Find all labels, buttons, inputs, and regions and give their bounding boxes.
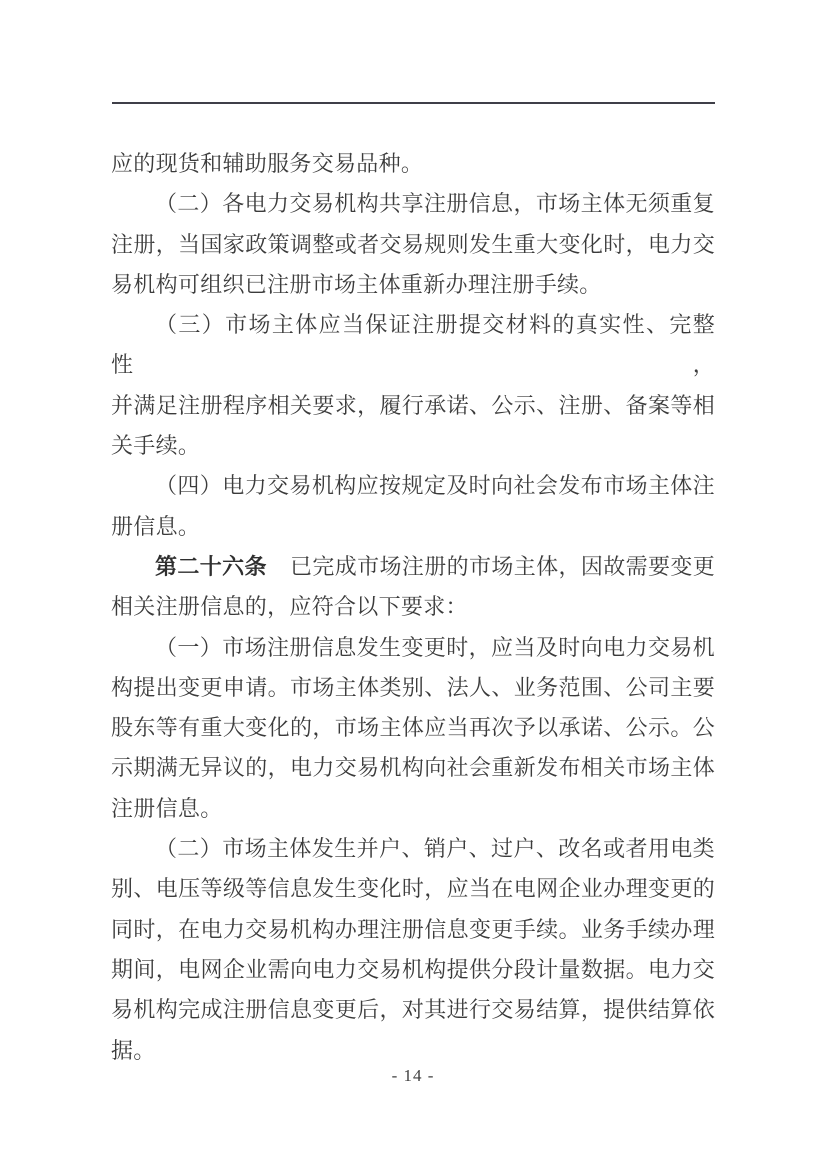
text-line: （一）市场注册信息发生变更时，应当及时向电力交易机 [111,628,715,668]
text-line: 据。 [111,1031,715,1071]
text-line: 示期满无异议的，电力交易机构向社会重新发布相关市场主体 [111,748,715,788]
text-line: 同时，在电力交易机构办理注册信息变更手续。业务手续办理 [111,910,715,950]
text-line: 期间，电网企业需向电力交易机构提供分段计量数据。电力交 [111,950,715,990]
paragraph: （三）市场主体应当保证注册提交材料的真实性、完整性， 并满足注册程序相关要求，履… [111,305,715,466]
paragraph: （二）市场主体发生并户、销户、过户、改名或者用电类 别、电压等级等信息发生变化时… [111,829,715,1071]
paragraph: （四）电力交易机构应按规定及时向社会发布市场主体注 册信息。 [111,466,715,547]
text-line: 股东等有重大变化的，市场主体应当再次予以承诺、公示。公 [111,708,715,748]
text-line: 并满足注册程序相关要求，履行承诺、公示、注册、备案等相 [111,386,715,426]
text-line: 易机构可组织已注册市场主体重新办理注册手续。 [111,265,715,305]
header-rule [112,102,715,104]
text-line: 别、电压等级等信息发生变化时，应当在电网企业办理变更的 [111,869,715,909]
text-line: （四）电力交易机构应按规定及时向社会发布市场主体注 [111,466,715,506]
paragraph: 应的现货和辅助服务交易品种。 [111,144,715,184]
text-run: 已完成市场注册的市场主体，因故需要变更 [290,554,715,579]
page-number: - 14 - [0,1066,826,1086]
paragraph: 第二十六条已完成市场注册的市场主体，因故需要变更 相关注册信息的，应符合以下要求… [111,547,715,628]
document-page: 应的现货和辅助服务交易品种。 （二）各电力交易机构共享注册信息，市场主体无须重复… [0,0,826,1169]
text-line: 关手续。 [111,426,715,466]
text-line: （三）市场主体应当保证注册提交材料的真实性、完整性， [111,305,715,386]
paragraph: （一）市场注册信息发生变更时，应当及时向电力交易机 构提出变更申请。市场主体类别… [111,628,715,829]
text-line: 注册信息。 [111,789,715,829]
text-line: 第二十六条已完成市场注册的市场主体，因故需要变更 [111,547,715,587]
text-line: （二）各电力交易机构共享注册信息，市场主体无须重复 [111,184,715,224]
text-line: 注册，当国家政策调整或者交易规则发生重大变化时，电力交 [111,225,715,265]
text-line: 应的现货和辅助服务交易品种。 [111,144,715,184]
text-line: 构提出变更申请。市场主体类别、法人、业务范围、公司主要 [111,668,715,708]
text-line: 册信息。 [111,507,715,547]
document-body: 应的现货和辅助服务交易品种。 （二）各电力交易机构共享注册信息，市场主体无须重复… [111,144,715,1071]
paragraph: （二）各电力交易机构共享注册信息，市场主体无须重复 注册，当国家政策调整或者交易… [111,184,715,305]
text-line: 相关注册信息的，应符合以下要求： [111,587,715,627]
text-line: （二）市场主体发生并户、销户、过户、改名或者用电类 [111,829,715,869]
text-line: 易机构完成注册信息变更后，对其进行交易结算，提供结算依 [111,990,715,1030]
article-number: 第二十六条 [155,554,267,579]
